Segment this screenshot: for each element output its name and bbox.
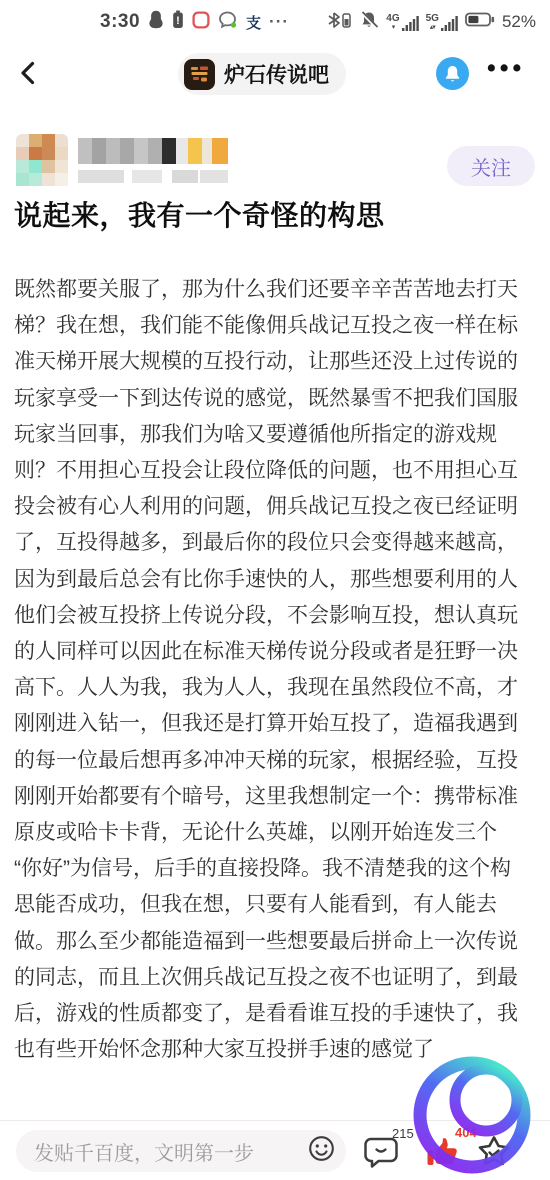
favorite-button[interactable]	[475, 1133, 513, 1176]
signal-4g-icon: 4G▾	[386, 14, 418, 31]
battery-alert-icon: !	[172, 10, 184, 34]
bluetooth-battery-icon	[326, 11, 352, 34]
post-title: 说起来，我有一个奇怪的构思	[14, 194, 534, 234]
battery-percent: 52%	[502, 12, 536, 32]
username-redacted	[78, 138, 230, 189]
chat-notification-icon	[218, 11, 238, 34]
bottom-bar: 发贴千百度，文明第一步 215 404	[0, 1120, 550, 1180]
like-count-badge: 404	[455, 1125, 477, 1140]
post-author-row: 关注	[0, 130, 550, 194]
reply-placeholder: 发贴千百度，文明第一步	[34, 1137, 254, 1166]
nav-bar: 炉石传说吧 •••	[0, 44, 550, 104]
status-bar-right: 4G▾ 5G▴▾ 52%	[326, 11, 536, 34]
like-button[interactable]	[425, 1136, 460, 1176]
screen-record-icon	[192, 11, 210, 34]
status-time: 3:30	[100, 11, 140, 33]
status-bar: 3:30 ! 支 ··· 4G▾	[0, 0, 550, 44]
app-screen: 3:30 ! 支 ··· 4G▾	[0, 0, 550, 1180]
status-bar-left: 3:30 ! 支 ···	[100, 10, 289, 34]
status-more-icon: ···	[269, 12, 289, 32]
alipay-icon: 支	[246, 12, 261, 33]
back-button[interactable]	[16, 60, 42, 86]
forum-name: 炉石传说吧	[224, 59, 329, 89]
forum-pill[interactable]: 炉石传说吧	[178, 53, 346, 95]
avatar[interactable]	[16, 134, 68, 191]
mute-icon	[359, 11, 379, 34]
reply-input[interactable]: 发贴千百度，文明第一步	[16, 1130, 346, 1172]
battery-icon	[465, 12, 495, 32]
bell-icon	[443, 64, 462, 83]
emoji-icon[interactable]	[308, 1135, 335, 1167]
qq-notification-icon	[148, 10, 164, 34]
post-body: 既然都要关服了，那为什么我们还要辛辛苦苦地去打天 梯？我在想，我们能不能像佣兵战…	[14, 272, 538, 1068]
follow-button[interactable]: 关注	[447, 146, 535, 186]
signal-5g-icon: 5G▴▾	[426, 14, 458, 31]
hearthstone-forum-avatar-icon	[184, 59, 215, 90]
svg-text:!: !	[176, 15, 180, 27]
comment-count-badge: 215	[392, 1126, 414, 1141]
more-options-button[interactable]: •••	[487, 54, 531, 83]
messages-button[interactable]	[436, 57, 469, 90]
